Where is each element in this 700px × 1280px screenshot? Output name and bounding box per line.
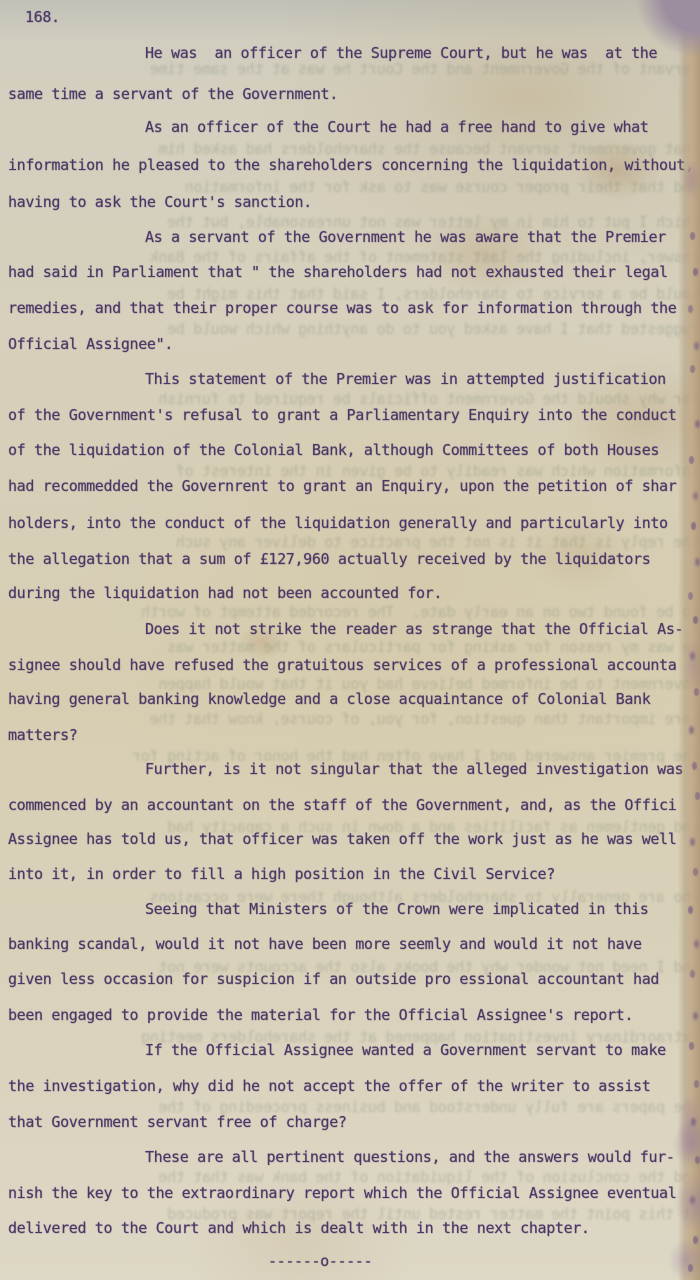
text-line: having to ask the Court's sanction. xyxy=(8,193,312,211)
text-line: the investigation, why did he not accept… xyxy=(8,1077,650,1095)
text-line: Official Assignee". xyxy=(8,335,173,353)
text-line: signee should have refused the gratuitou… xyxy=(8,656,676,674)
text-line: of the liquidation of the Colonial Bank,… xyxy=(8,441,659,459)
text-line: Does it not strike the reader as strange… xyxy=(145,620,683,638)
section-divider: ------o----- xyxy=(268,1252,372,1270)
text-line: of the Government's refusal to grant a P… xyxy=(8,406,676,424)
page-edge xyxy=(678,0,700,1280)
text-line: remedies, and that their proper course w… xyxy=(8,299,676,317)
text-line: holders, into the conduct of the liquida… xyxy=(8,514,668,532)
bleed-through-line: he was my reason for asking for particul… xyxy=(0,638,700,656)
text-line: that Government servant free of charge? xyxy=(8,1113,347,1131)
text-line: banking scandal, would it not have been … xyxy=(8,935,642,953)
text-line: Further, is it not singular that the all… xyxy=(145,760,683,778)
text-line: the allegation that a sum of £127,960 ac… xyxy=(8,550,650,568)
text-line: This statement of the Premier was in att… xyxy=(145,370,666,388)
text-line: Assignee has told us, that officer was t… xyxy=(8,830,676,848)
text-line: during the liquidation had not been acco… xyxy=(8,584,442,602)
text-line: He was an officer of the Supreme Court, … xyxy=(145,44,657,62)
text-line: same time a servant of the Government. xyxy=(8,85,338,103)
text-line: having general banking knowledge and a c… xyxy=(8,690,650,708)
edge-ink-specks xyxy=(0,0,5,8)
text-line: delivered to the Court and which is deal… xyxy=(8,1219,590,1237)
text-line: information he pleased to the shareholde… xyxy=(8,156,694,174)
bleed-through-line: the reply is that it is not the practice… xyxy=(0,533,700,551)
text-line: commenced by an accountant on the staff … xyxy=(8,796,676,814)
bleed-through-line: more important than question, for you, o… xyxy=(0,710,700,728)
text-line: matters? xyxy=(8,726,77,744)
top-shadow-band xyxy=(0,0,700,40)
bottom-edge-stain xyxy=(654,1110,700,1280)
bleed-through-line: servant of the Government and the Court … xyxy=(0,60,700,78)
text-line: given less occasion for suspicion if an … xyxy=(8,970,659,988)
text-line: had said in Parliament that " the shareh… xyxy=(8,263,668,281)
text-line: If the Official Assignee wanted a Govern… xyxy=(145,1041,666,1059)
bleed-through-line: to be found two on an early date. The re… xyxy=(0,603,700,621)
corner-patch xyxy=(630,0,700,70)
text-line: Seeing that Ministers of the Crown were … xyxy=(145,900,649,918)
text-line: had recommedded the Governrent to grant … xyxy=(8,477,676,495)
text-line: been engaged to provide the material for… xyxy=(8,1006,633,1024)
document-page: servant of the Government and the Court … xyxy=(0,0,700,1280)
text-line: into it, in order to fill a high positio… xyxy=(8,865,555,883)
text-line: These are all pertinent questions, and t… xyxy=(145,1148,675,1166)
text-line: As an officer of the Court he had a free… xyxy=(145,118,649,136)
page-number: 168. xyxy=(25,8,60,26)
text-line: As a servant of the Government he was aw… xyxy=(145,228,666,246)
text-line: nish the key to the extraordinary report… xyxy=(8,1184,676,1202)
